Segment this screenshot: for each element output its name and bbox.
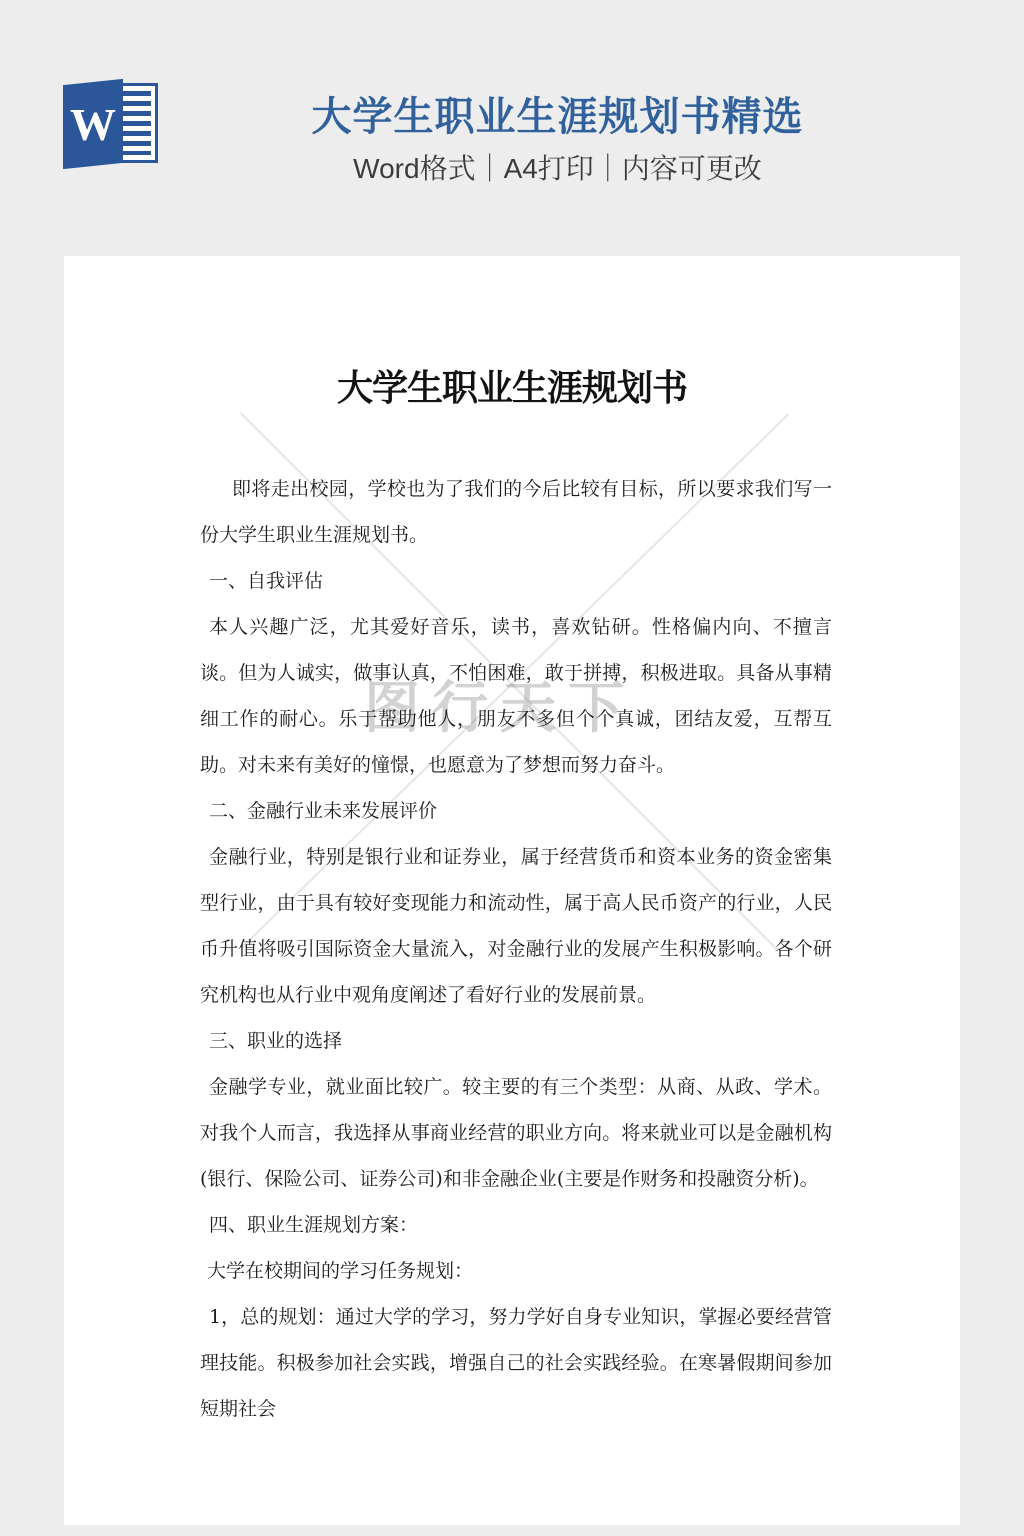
section-heading-1: 一、自我评估 — [200, 558, 832, 604]
header-subtitle: Word格式｜A4打印｜内容可更改 — [160, 153, 955, 185]
site-header: W 大学生职业生涯规划书精选 Word格式｜A4打印｜内容可更改 — [0, 0, 1024, 256]
paragraph-section-3: 金融学专业，就业面比较广。较主要的有三个类型：从商、从政、学术。对我个人而言，我… — [200, 1064, 832, 1202]
document-body: 即将走出校园，学校也为了我们的今后比较有目标，所以要求我们写一份大学生职业生涯规… — [200, 466, 832, 1432]
document-title: 大学生职业生涯规划书 — [64, 364, 960, 412]
word-icon-letter: W — [70, 98, 116, 151]
header-title: 大学生职业生涯规划书精选 — [160, 94, 955, 140]
word-icon: W — [63, 76, 158, 171]
paragraph-section-4: 1，总的规划：通过大学的学习，努力学好自身专业知识，掌握必要经营管理技能。积极参… — [200, 1294, 832, 1432]
section-heading-4: 四、职业生涯规划方案： — [200, 1202, 832, 1248]
header-text-block: 大学生职业生涯规划书精选 Word格式｜A4打印｜内容可更改 — [160, 94, 955, 185]
word-icon-w-panel: W — [63, 79, 123, 169]
page-background: { "header": { "title": "大学生职业生涯规划书精选", "… — [0, 0, 1024, 1536]
document-page: 图行天下 大学生职业生涯规划书 即将走出校园，学校也为了我们的今后比较有目标，所… — [64, 256, 960, 1525]
section-heading-3: 三、职业的选择 — [200, 1018, 832, 1064]
paragraph-intro: 即将走出校园，学校也为了我们的今后比较有目标，所以要求我们写一份大学生职业生涯规… — [200, 466, 832, 558]
paragraph-section-2: 金融行业，特别是银行业和证券业，属于经营货币和资本业务的资金密集型行业，由于具有… — [200, 834, 832, 1018]
word-icon-text-lines — [122, 91, 151, 155]
subline-study-plan: 大学在校期间的学习任务规划： — [200, 1248, 832, 1294]
section-heading-2: 二、金融行业未来发展评价 — [200, 788, 832, 834]
paragraph-section-1: 本人兴趣广泛，尤其爱好音乐，读书，喜欢钻研。性格偏内向、不擅言谈。但为人诚实，做… — [200, 604, 832, 788]
